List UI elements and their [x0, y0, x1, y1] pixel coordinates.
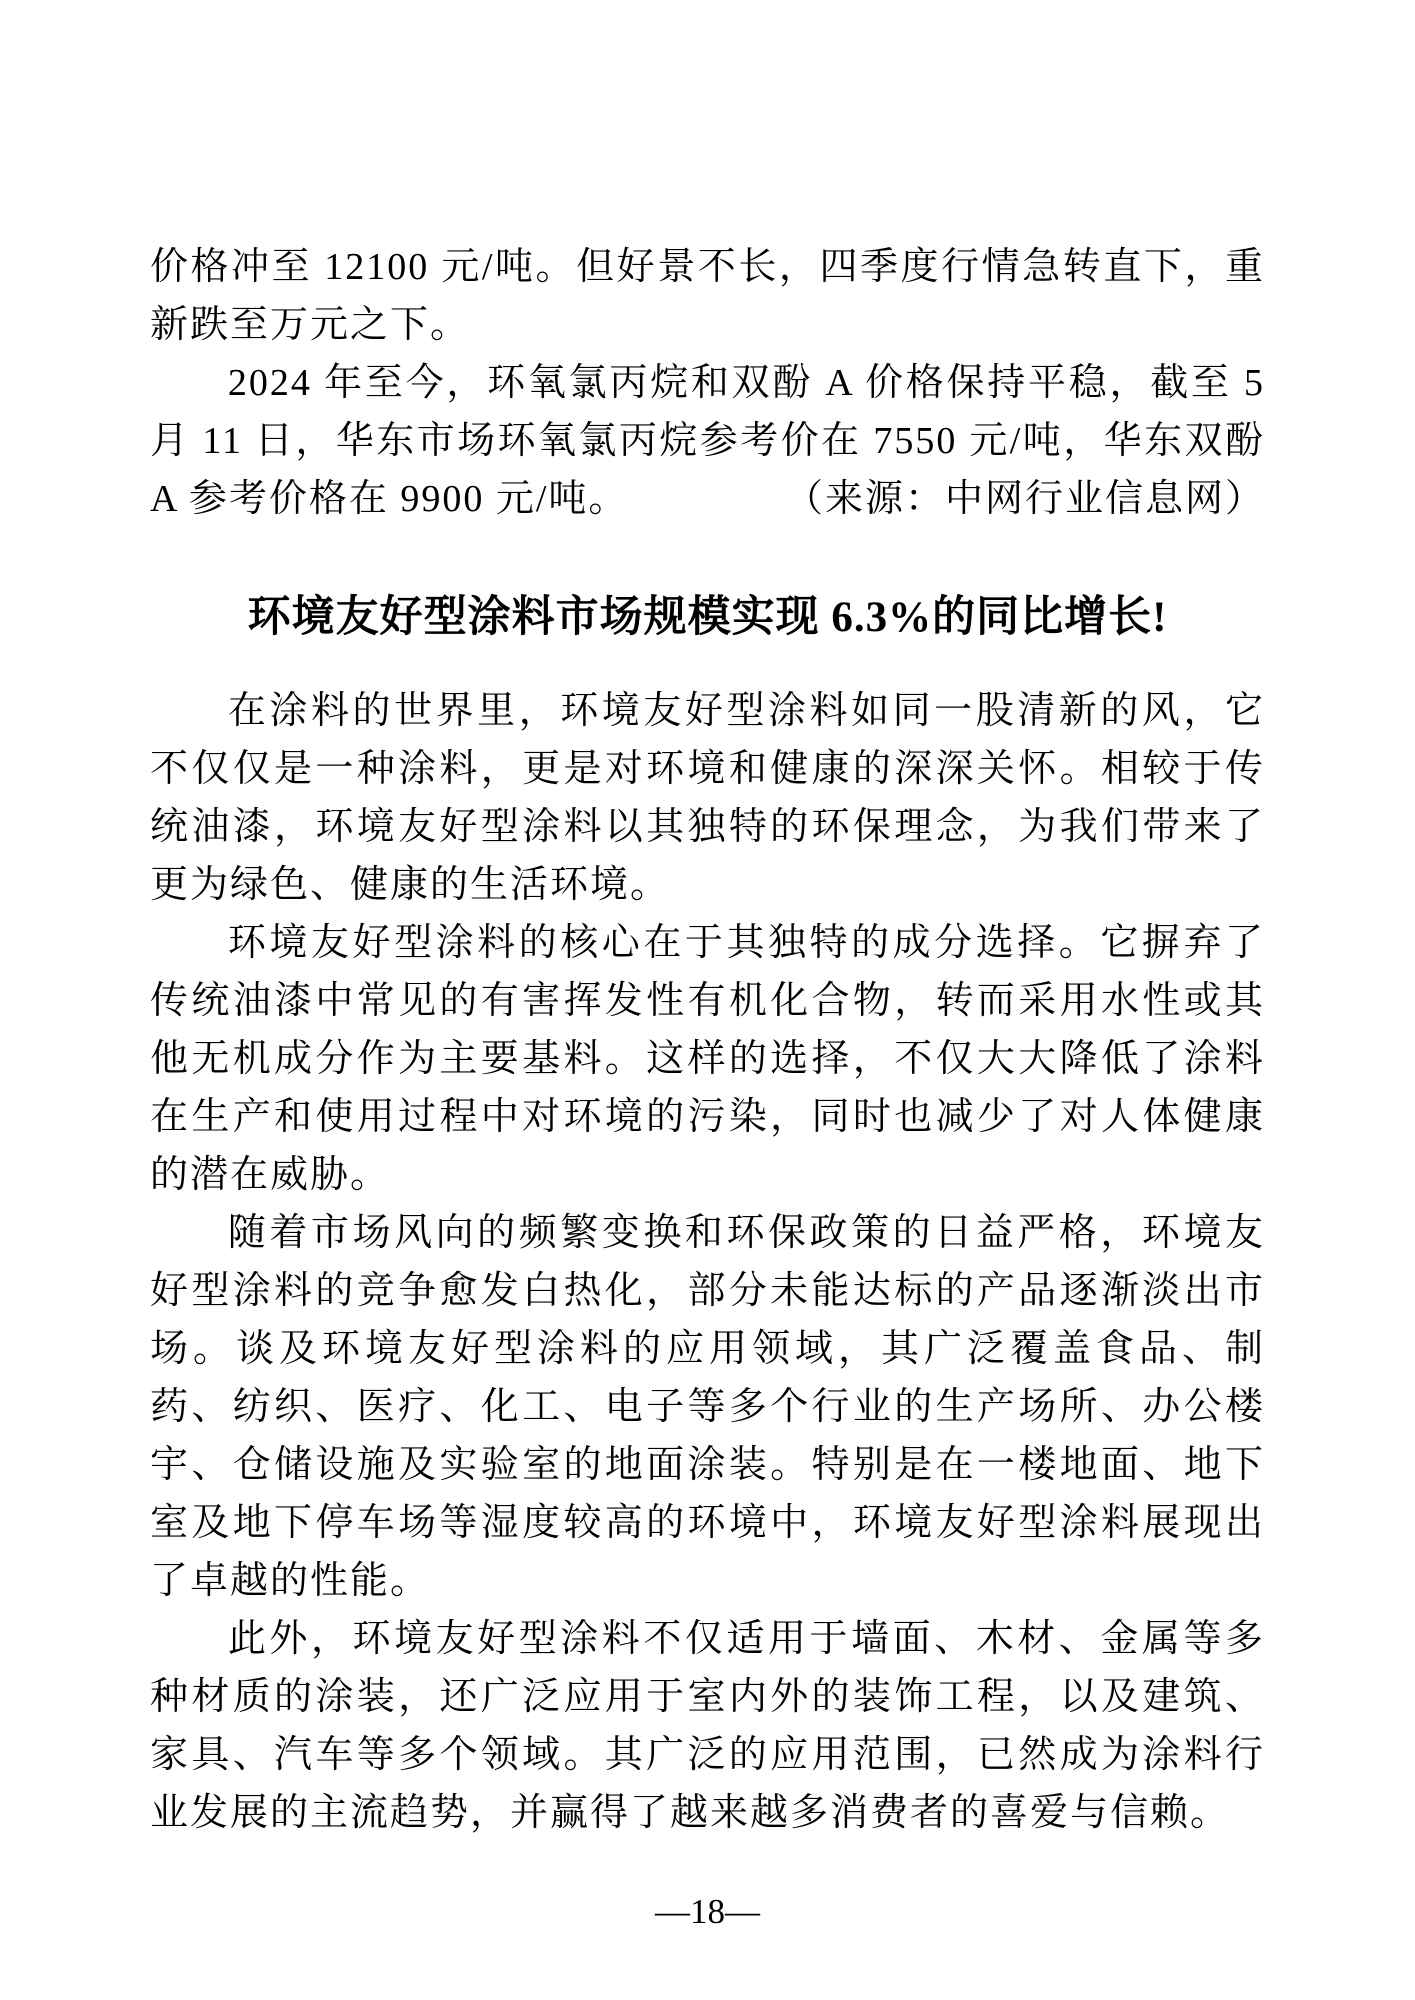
source-attribution: （来源：中网行业信息网） [785, 470, 1265, 528]
article-title: 环境友好型涂料市场规模实现 6.3%的同比增长! [150, 582, 1265, 654]
article-paragraph-1: 在涂料的世界里，环境友好型涂料如同一股清新的风，它不仅仅是一种涂料，更是对环境和… [150, 682, 1265, 914]
article-paragraph-2: 环境友好型涂料的核心在于其独特的成分选择。它摒弃了传统油漆中常见的有害挥发性有机… [150, 914, 1265, 1204]
page-content: 价格冲至 12100 元/吨。但好景不长，四季度行情急转直下，重新跌至万元之下。… [150, 238, 1265, 1934]
article-paragraph-4: 此外，环境友好型涂料不仅适用于墙面、木材、金属等多种材质的涂装，还广泛应用于室内… [150, 1610, 1265, 1842]
document-page: 价格冲至 12100 元/吨。但好景不长，四季度行情急转直下，重新跌至万元之下。… [0, 0, 1415, 2000]
article-paragraph-3: 随着市场风向的频繁变换和环保政策的日益严格，环境友好型涂料的竞争愈发白热化，部分… [150, 1204, 1265, 1610]
paragraph-continuation: 价格冲至 12100 元/吨。但好景不长，四季度行情急转直下，重新跌至万元之下。 [150, 238, 1265, 354]
paragraph-price-update: 2024 年至今，环氧氯丙烷和双酚 A 价格保持平稳，截至 5 月 11 日，华… [150, 354, 1265, 528]
page-number: —18— [150, 1890, 1265, 1934]
